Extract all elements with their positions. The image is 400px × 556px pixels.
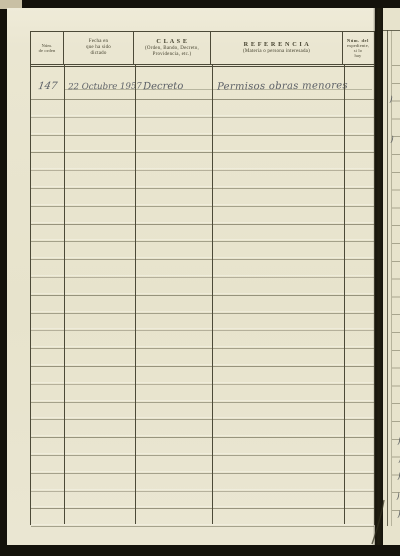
column-header-referencia: R E F E R E N C I A(Materia o persona in…: [211, 32, 343, 64]
handwriting-fragment: [395, 455, 400, 464]
page-curl-line: [370, 498, 388, 546]
facing-page-edge: [383, 8, 400, 545]
ledger-page: Núm.de ordenFecha enque ha sidodictadoC …: [7, 8, 375, 545]
ledger-row-empty: [31, 189, 374, 207]
handwritten-value: 147: [37, 81, 58, 92]
ledger-row-empty: [31, 509, 374, 527]
column-header-line: de orden: [39, 48, 56, 54]
column-header-line: dictado: [90, 51, 106, 57]
table-header-row: Núm.de ordenFecha enque ha sidodictadoC …: [31, 32, 374, 65]
ledger-row-empty: [31, 225, 374, 243]
column-header-line: hay: [355, 53, 362, 58]
column-header-line: C L A S E: [156, 38, 187, 46]
ledger-row-empty: [31, 100, 374, 118]
ledger-row-empty: [31, 296, 374, 314]
ledger-row-empty: [31, 420, 374, 438]
ledger-row-empty: [31, 314, 374, 332]
ledger-row-empty: [31, 242, 374, 260]
column-rule: [212, 65, 213, 524]
handwritten-value: 22 Octubre 1957: [68, 82, 142, 93]
gutter-crease: [373, 8, 383, 545]
handwritten-value: Permisos obras menores: [217, 80, 348, 92]
column-header-line: Providencia, etc.): [153, 52, 192, 58]
ledger-row-empty: [31, 331, 374, 349]
column-rule: [64, 65, 65, 524]
ledger-row-empty: [31, 136, 374, 154]
column-header-num: Núm.de orden: [31, 32, 64, 64]
column-header-line: R E F E R E N C I A: [244, 41, 310, 49]
column-rule: [344, 65, 345, 524]
entry-cell-expediente: [343, 65, 373, 99]
ledger-row-empty: [31, 260, 374, 278]
entry-cell-fecha: 22 Octubre 1957: [64, 65, 134, 100]
ledger-row-empty: [31, 153, 374, 171]
ledger-row-empty: [31, 492, 374, 510]
column-header-line: (Materia o persona interesada): [243, 49, 310, 55]
ledger-row-empty: [31, 118, 374, 136]
ledger-row-empty: [31, 367, 374, 385]
ledger-row-empty: [31, 171, 374, 189]
table-body: 14722 Octubre 1957DecretoPermisos obras …: [31, 65, 374, 527]
ledger-row-empty: [31, 438, 374, 456]
ledger-row-empty: [31, 456, 374, 474]
entry-cell-referencia: Permisos obras menores: [211, 64, 343, 99]
ledger-row-empty: [31, 278, 374, 296]
column-header-expediente: Núm. delexpediente,si lohay: [343, 32, 373, 64]
facing-page-column-rule: [387, 30, 388, 526]
handwritten-value: Decreto: [143, 81, 183, 92]
entry-cell-clase: Decreto: [134, 65, 211, 100]
table-row: 14722 Octubre 1957DecretoPermisos obras …: [31, 65, 374, 100]
column-header-fecha: Fecha enque ha sidodictado: [64, 32, 134, 64]
ledger-row-empty: [31, 474, 374, 492]
ledger-row-empty: [31, 207, 374, 225]
ledger-row-empty: [31, 349, 374, 367]
column-rule: [135, 65, 136, 524]
ledger-row-empty: [31, 385, 374, 403]
scanned-ledger-scan: Núm.de ordenFecha enque ha sidodictadoC …: [0, 0, 400, 556]
registry-table: Núm.de ordenFecha enque ha sidodictadoC …: [30, 31, 375, 525]
entry-cell-num: 147: [31, 65, 64, 99]
ledger-row-empty: [31, 403, 374, 421]
column-header-clase: C L A S E(Orden, Bando, Decreto,Providen…: [134, 32, 211, 64]
